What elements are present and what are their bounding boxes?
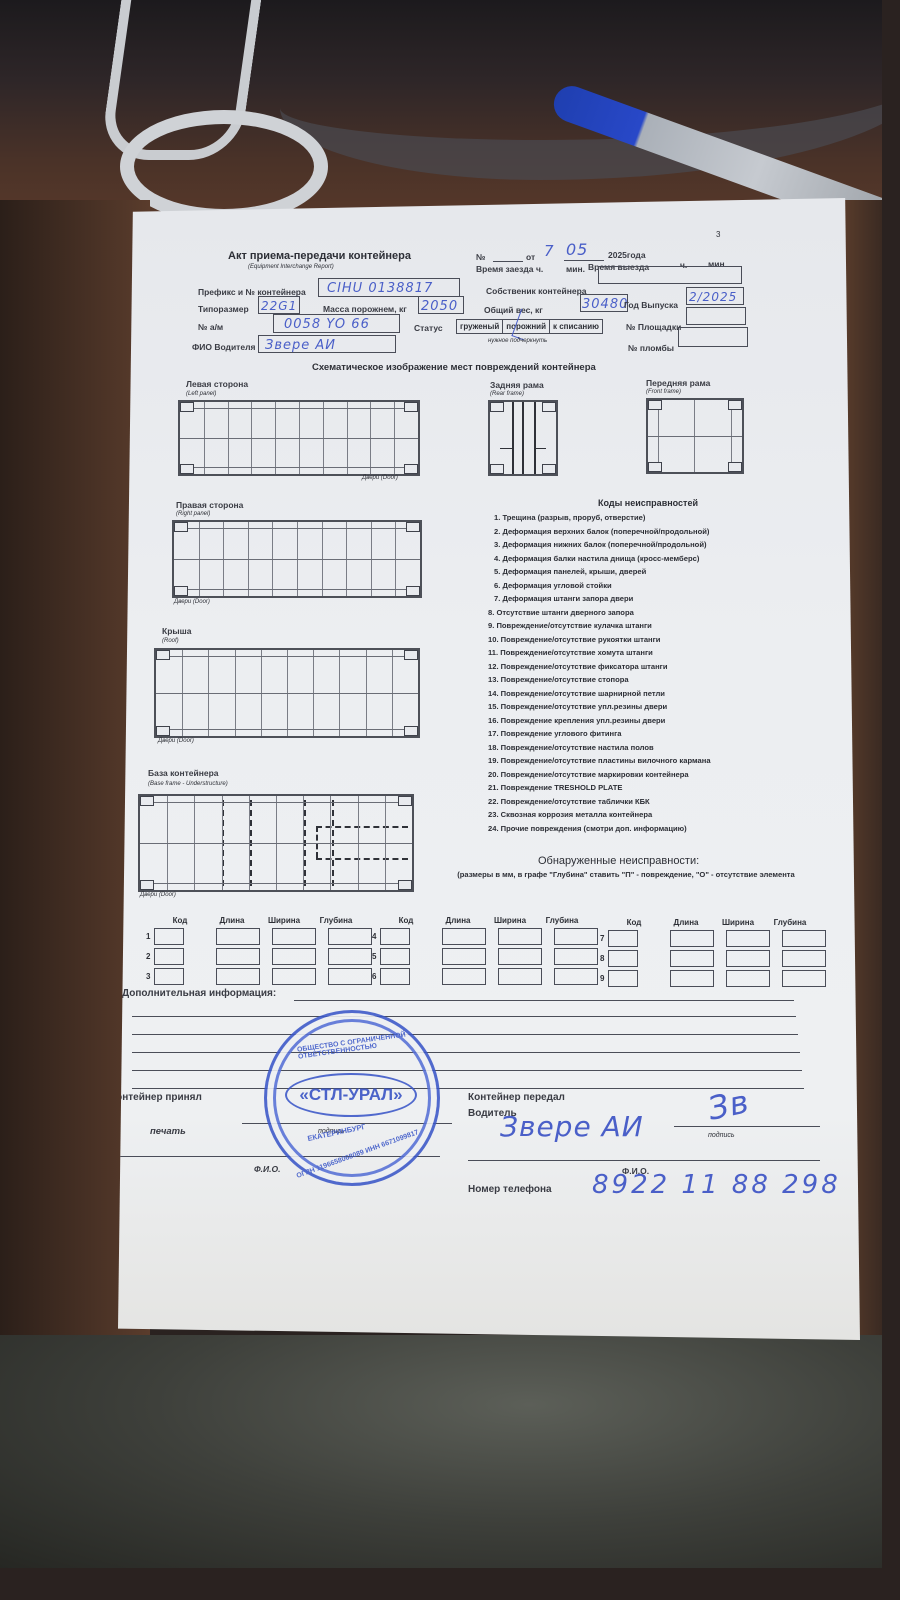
fault-row: 8	[608, 950, 816, 970]
fault-code-item: 11. Повреждение/отсутствие хомута штанги	[488, 648, 808, 662]
fault-row-number: 8	[600, 954, 604, 963]
base-door: Двери (Door)	[140, 892, 176, 898]
fault-cell-input[interactable]	[498, 928, 542, 945]
fault-cell-input[interactable]	[216, 948, 260, 965]
fault-cell-input[interactable]	[498, 948, 542, 965]
year-label: Год Выпуска	[624, 300, 678, 310]
number-label: №	[476, 252, 485, 262]
fault-cell-input[interactable]	[216, 928, 260, 945]
prefix-field[interactable]: CIHU 0138817	[318, 278, 460, 297]
faults-title: Обнаруженные неисправности:	[538, 855, 699, 867]
driver-sig-label: подпись	[708, 1132, 735, 1139]
fault-row: 4	[380, 928, 588, 948]
fault-cell-input[interactable]	[782, 970, 826, 987]
fault-code-item: 23. Сквозная коррозия металла контейнера	[488, 810, 808, 824]
fault-column-header: Код	[154, 916, 206, 925]
base-diagram[interactable]	[138, 794, 414, 892]
fault-cell-input[interactable]	[154, 968, 184, 985]
fault-row-number: 2	[146, 952, 150, 961]
extra-line-1[interactable]	[294, 1000, 794, 1001]
fault-cell-input[interactable]	[154, 928, 184, 945]
fault-row: 5	[380, 948, 588, 968]
fault-cell-input[interactable]	[554, 928, 598, 945]
fault-row: 6	[380, 968, 588, 988]
fault-column-header: Ширина	[484, 916, 536, 925]
phone-label: Номер телефона	[468, 1184, 552, 1195]
seal-label: № пломбы	[628, 343, 674, 353]
fault-cell-input[interactable]	[154, 948, 184, 965]
driver-value: Звере АИ	[259, 338, 336, 353]
paper-sheet: 3 Акт приема-передачи контейнера (Equipm…	[118, 198, 860, 1340]
arrival-label: Время заезда	[476, 264, 533, 274]
fault-row-number: 1	[146, 932, 150, 941]
stamp-label: печать	[150, 1126, 186, 1137]
fault-cell-input[interactable]	[782, 930, 826, 947]
left-panel-sub: (Left panel)	[186, 391, 216, 397]
fault-group-1: КодДлинаШиринаГлубина123	[154, 910, 362, 988]
status-writeoff[interactable]: к списанию	[549, 319, 603, 334]
fault-cell-input[interactable]	[442, 968, 486, 985]
faults-note: (размеры в мм, в графе "Глубина" ставить…	[456, 870, 796, 879]
front-frame-diagram[interactable]	[646, 398, 744, 474]
date-month[interactable]: 05	[566, 240, 588, 259]
fault-cell-input[interactable]	[782, 950, 826, 967]
fault-cell-input[interactable]	[442, 948, 486, 965]
company-stamp: ОБЩЕСТВО С ОГРАНИЧЕННОЙ ОТВЕТСТВЕННОСТЬЮ…	[264, 1010, 440, 1186]
date-year: 2025года	[608, 250, 646, 260]
fault-codes: Коды неисправностей 1. Трещина (разрыв, …	[488, 498, 808, 837]
front-frame-sub: (Front frame)	[646, 389, 681, 395]
received-label: Контейнер принял	[110, 1092, 202, 1103]
fault-code-item: 7. Деформация штанги запора двери	[488, 594, 808, 608]
stamp-name: «СТЛ-УРАЛ»	[299, 1085, 402, 1105]
fault-column-header: Глубина	[764, 918, 816, 927]
base-sub: (Base frame - Understructure)	[148, 781, 228, 787]
fault-code-item: 8. Отсутствие штанги дверного запора	[488, 608, 808, 622]
schematic-title: Схематическое изображение мест поврежден…	[312, 362, 596, 373]
base-label: База контейнера	[148, 768, 219, 778]
fault-row: 3	[154, 968, 362, 988]
handed-label: Контейнер передал	[468, 1092, 565, 1103]
right-panel-door: Двери (Door)	[174, 599, 210, 605]
fault-cell-input[interactable]	[380, 968, 410, 985]
fault-row-number: 9	[600, 974, 604, 983]
fault-row: 1	[154, 928, 362, 948]
type-label: Типоразмер	[198, 304, 249, 314]
fault-cell-input[interactable]	[272, 928, 316, 945]
fault-code-item: 20. Повреждение/отсутствие маркировки ко…	[488, 770, 808, 784]
fault-code-item: 2. Деформация верхних балок (поперечной/…	[488, 527, 808, 541]
fault-row-number: 6	[372, 972, 376, 981]
gross-label: Общий вес, кг	[484, 305, 543, 315]
rear-frame-sub: (Rear frame)	[490, 391, 524, 397]
fault-column-header: Длина	[432, 916, 484, 925]
year-field[interactable]: 2/2025	[686, 287, 744, 305]
fault-row-number: 4	[372, 932, 376, 941]
fault-cell-input[interactable]	[442, 928, 486, 945]
fault-column-header: Ширина	[712, 918, 764, 927]
seal-field[interactable]	[678, 327, 748, 347]
fabric-background	[0, 1335, 882, 1568]
fault-row: 7	[608, 930, 816, 950]
ala-label: № а/м	[198, 322, 223, 332]
driver-name-handwritten: Звере АИ	[500, 1110, 644, 1143]
site-field[interactable]	[686, 307, 746, 325]
gross-field[interactable]: 30480	[580, 294, 628, 312]
owner-label: Собственик контейнера	[486, 286, 587, 296]
fault-code-item: 1. Трещина (разрыв, проруб, отверстие)	[488, 513, 808, 527]
stamp-city: ЕКАТЕРИНБУРГ	[307, 1122, 367, 1143]
date-day[interactable]: 7	[544, 242, 555, 260]
roof-diagram[interactable]	[154, 648, 420, 738]
extra-line-4[interactable]	[132, 1052, 800, 1053]
fault-cell-input[interactable]	[670, 950, 714, 967]
fault-row: 9	[608, 970, 816, 990]
min-label: мин.	[566, 264, 585, 274]
fault-cell-input[interactable]	[608, 950, 638, 967]
gross-value: 30480	[581, 297, 628, 312]
fault-column-header: Код	[608, 918, 660, 927]
fault-column-header: Глубина	[310, 916, 362, 925]
date-from-label: от	[526, 252, 535, 262]
status-hint: нужное подчеркнуть	[488, 338, 547, 344]
fault-column-header: Длина	[660, 918, 712, 927]
plastic-holder	[80, 0, 310, 200]
ala-field[interactable]: 0058 YO 66	[273, 314, 400, 333]
phone-value: 8922 11 88 298	[592, 1170, 841, 1200]
right-panel-diagram[interactable]	[172, 520, 422, 598]
status-label: Статус	[414, 323, 443, 333]
hour-label: ч.	[536, 264, 543, 274]
fault-code-item: 9. Повреждение/отсутствие кулачка штанги	[488, 621, 808, 635]
year-value: 2/2025	[687, 290, 737, 304]
fault-cell-input[interactable]	[670, 930, 714, 947]
right-panel-label: Правая сторона	[176, 500, 243, 510]
fault-code-item: 18. Повреждение/отсутствие настила полов	[488, 743, 808, 757]
driver-label: ФИО Водителя	[192, 342, 255, 352]
fault-code-item: 17. Повреждение углового фитинга	[488, 729, 808, 743]
fault-cell-input[interactable]	[328, 928, 372, 945]
site-label: № Площадки	[626, 322, 681, 332]
fault-code-item: 15. Повреждение/отсутствие упл.резины дв…	[488, 702, 808, 716]
fault-cell-input[interactable]	[272, 948, 316, 965]
right-panel-sub: (Right panel)	[176, 511, 210, 517]
roof-door: Двери (Door)	[158, 738, 194, 744]
fault-row-number: 5	[372, 952, 376, 961]
owner-field[interactable]	[598, 266, 742, 284]
roof-label: Крыша	[162, 626, 191, 636]
fault-cell-input[interactable]	[498, 968, 542, 985]
status-loaded[interactable]: груженый	[456, 319, 503, 334]
fault-cell-input[interactable]	[726, 950, 770, 967]
rear-frame-diagram[interactable]	[488, 400, 558, 476]
extra-line-2[interactable]	[132, 1016, 796, 1017]
fault-row-number: 3	[146, 972, 150, 981]
fault-code-item: 5. Деформация панелей, крыши, дверей	[488, 567, 808, 581]
fault-code-item: 21. Повреждение TRESHOLD PLATE	[488, 783, 808, 797]
fault-group-2: КодДлинаШиринаГлубина456	[380, 910, 588, 988]
fault-code-item: 24. Прочие повреждения (смотри доп. инфо…	[488, 824, 808, 838]
driver-field[interactable]: Звере АИ	[258, 335, 396, 353]
left-panel-diagram[interactable]	[178, 400, 420, 476]
fault-cell-input[interactable]	[380, 948, 410, 965]
extra-info-label: Дополнительная информация:	[122, 988, 276, 999]
fault-cell-input[interactable]	[554, 948, 598, 965]
document: 3 Акт приема-передачи контейнера (Equipm…	[118, 198, 860, 1340]
driver-fio-line[interactable]	[468, 1160, 820, 1161]
fault-cell-input[interactable]	[554, 968, 598, 985]
tare-label: Масса порожнем, кг	[323, 304, 407, 314]
fault-cell-input[interactable]	[670, 970, 714, 987]
fault-code-item: 3. Деформация нижних балок (поперечной/п…	[488, 540, 808, 554]
fault-code-item: 22. Повреждение/отсутствие таблички КБК	[488, 797, 808, 811]
left-panel-door: Двери (Door)	[362, 475, 398, 481]
extra-line-5[interactable]	[132, 1070, 802, 1071]
fault-group-3: КодДлинаШиринаГлубина789	[608, 912, 816, 990]
fault-cell-input[interactable]	[608, 970, 638, 987]
fault-column-header: Длина	[206, 916, 258, 925]
roof-sub: (Roof)	[162, 638, 179, 644]
ala-value: 0058 YO 66	[274, 317, 370, 332]
doc-title: Акт приема-передачи контейнера	[228, 250, 411, 262]
fault-cell-input[interactable]	[328, 948, 372, 965]
front-frame-label: Передняя рама	[646, 378, 710, 388]
fault-cell-input[interactable]	[328, 968, 372, 985]
fault-code-item: 4. Деформация балки настила днища (кросс…	[488, 554, 808, 568]
tare-field[interactable]: 2050	[418, 296, 464, 314]
tare-value: 2050	[419, 299, 458, 314]
stamp-ring-text: ОБЩЕСТВО С ОГРАНИЧЕННОЙ ОТВЕТСТВЕННОСТЬЮ	[297, 1027, 438, 1060]
fault-code-item: 16. Повреждение крепления упл.резины две…	[488, 716, 808, 730]
doc-subtitle: (Equipment Interchange Report)	[248, 264, 334, 270]
fault-code-item: 14. Повреждение/отсутствие шарнирной пет…	[488, 689, 808, 703]
fault-row-number: 7	[600, 934, 604, 943]
left-panel-label: Левая сторона	[186, 379, 248, 389]
fault-column-header: Глубина	[536, 916, 588, 925]
fault-row: 2	[154, 948, 362, 968]
driver-signature: Зв	[705, 1082, 753, 1128]
fault-code-item: 10. Повреждение/отсутствие рукоятки штан…	[488, 635, 808, 649]
fault-code-item: 12. Повреждение/отсутствие фиксатора шта…	[488, 662, 808, 676]
fault-cell-input[interactable]	[272, 968, 316, 985]
fault-code-item: 13. Повреждение/отсутствие стопора	[488, 675, 808, 689]
fault-cell-input[interactable]	[726, 930, 770, 947]
fault-column-header: Ширина	[258, 916, 310, 925]
type-field[interactable]: 22G1	[258, 296, 300, 314]
fault-column-header: Код	[380, 916, 432, 925]
fault-cell-input[interactable]	[380, 928, 410, 945]
extra-line-3[interactable]	[132, 1034, 798, 1035]
fault-cell-input[interactable]	[608, 930, 638, 947]
type-value: 22G1	[259, 299, 297, 313]
fault-cell-input[interactable]	[726, 970, 770, 987]
receiver-fio-label: Ф.И.О.	[254, 1164, 280, 1174]
fault-cell-input[interactable]	[216, 968, 260, 985]
fault-codes-title: Коды неисправностей	[488, 498, 808, 508]
prefix-value: CIHU 0138817	[319, 281, 433, 296]
extra-line-6[interactable]	[132, 1088, 804, 1089]
driver-signature-line[interactable]	[674, 1126, 820, 1127]
fault-code-item: 19. Повреждение/отсутствие пластины вило…	[488, 756, 808, 770]
rear-frame-label: Задняя рама	[490, 380, 544, 390]
page-number: 3	[716, 230, 720, 239]
fault-code-item: 6. Деформация угловой стойки	[488, 581, 808, 595]
